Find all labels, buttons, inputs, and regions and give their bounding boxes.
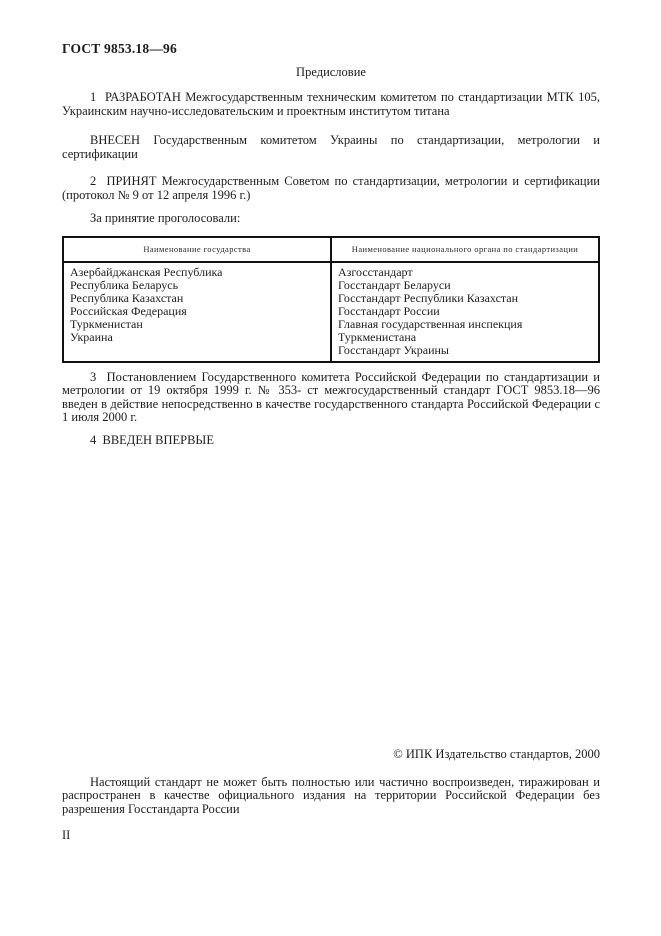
document-page: ГОСТ 9853.18—96 Предисловие 1 РАЗРАБОТАН… (0, 0, 661, 936)
clause-1-developed: 1 РАЗРАБОТАН Межгосударственным техничес… (62, 91, 600, 118)
doc-number: ГОСТ 9853.18—96 (62, 42, 600, 56)
state-name: Азербайджанская Республика (70, 266, 324, 279)
state-name: Республика Беларусь (70, 279, 324, 292)
standards-body-name: Азгосстандарт (338, 266, 592, 279)
table-header-row: Наименование государства Наименование на… (63, 237, 599, 262)
table-body-row: Азербайджанская Республика Республика Бе… (63, 262, 599, 362)
clause-4-first-introduced: 4 ВВЕДЕН ВПЕРВЫЕ (62, 434, 600, 448)
page-footer: © ИПК Издательство стандартов, 2000 Наст… (62, 748, 600, 843)
vote-table: Наименование государства Наименование на… (62, 236, 600, 363)
state-name: Украина (70, 331, 324, 344)
clause-3-enactment: 3 Постановлением Государственного комите… (62, 371, 600, 425)
standards-body-name: Госстандарт Украины (338, 344, 592, 357)
standards-body-name: Госстандарт Республики Казахстан (338, 292, 592, 305)
reproduction-restriction: Настоящий стандарт не может быть полност… (62, 776, 600, 817)
state-cell: Азербайджанская Республика Республика Бе… (63, 262, 331, 362)
state-name: Республика Казахстан (70, 292, 324, 305)
column-header-state: Наименование государства (63, 237, 331, 262)
body-cell: Азгосстандарт Госстандарт Беларуси Госст… (331, 262, 599, 362)
vote-table-body: Азербайджанская Республика Республика Бе… (63, 262, 599, 362)
copyright-notice: © ИПК Издательство стандартов, 2000 (62, 748, 600, 762)
page-number: II (62, 829, 600, 843)
preface-title: Предисловие (62, 66, 600, 80)
standards-body-name: Госстандарт Беларуси (338, 279, 592, 292)
vote-table-head: Наименование государства Наименование на… (63, 237, 599, 262)
column-header-body: Наименование национального органа по ста… (331, 237, 599, 262)
clause-submitted: ВНЕСЕН Государственным комитетом Украины… (62, 134, 600, 161)
state-name: Российская Федерация (70, 305, 324, 318)
vote-lead-text: За принятие проголосовали: (62, 212, 600, 226)
state-name: Туркменистан (70, 318, 324, 331)
page-content: ГОСТ 9853.18—96 Предисловие 1 РАЗРАБОТАН… (62, 42, 600, 447)
standards-body-name: Главная государственная инспекция Туркме… (338, 318, 592, 344)
clause-2-accepted: 2 ПРИНЯТ Межгосударственным Советом по с… (62, 175, 600, 202)
standards-body-name: Госстандарт России (338, 305, 592, 318)
